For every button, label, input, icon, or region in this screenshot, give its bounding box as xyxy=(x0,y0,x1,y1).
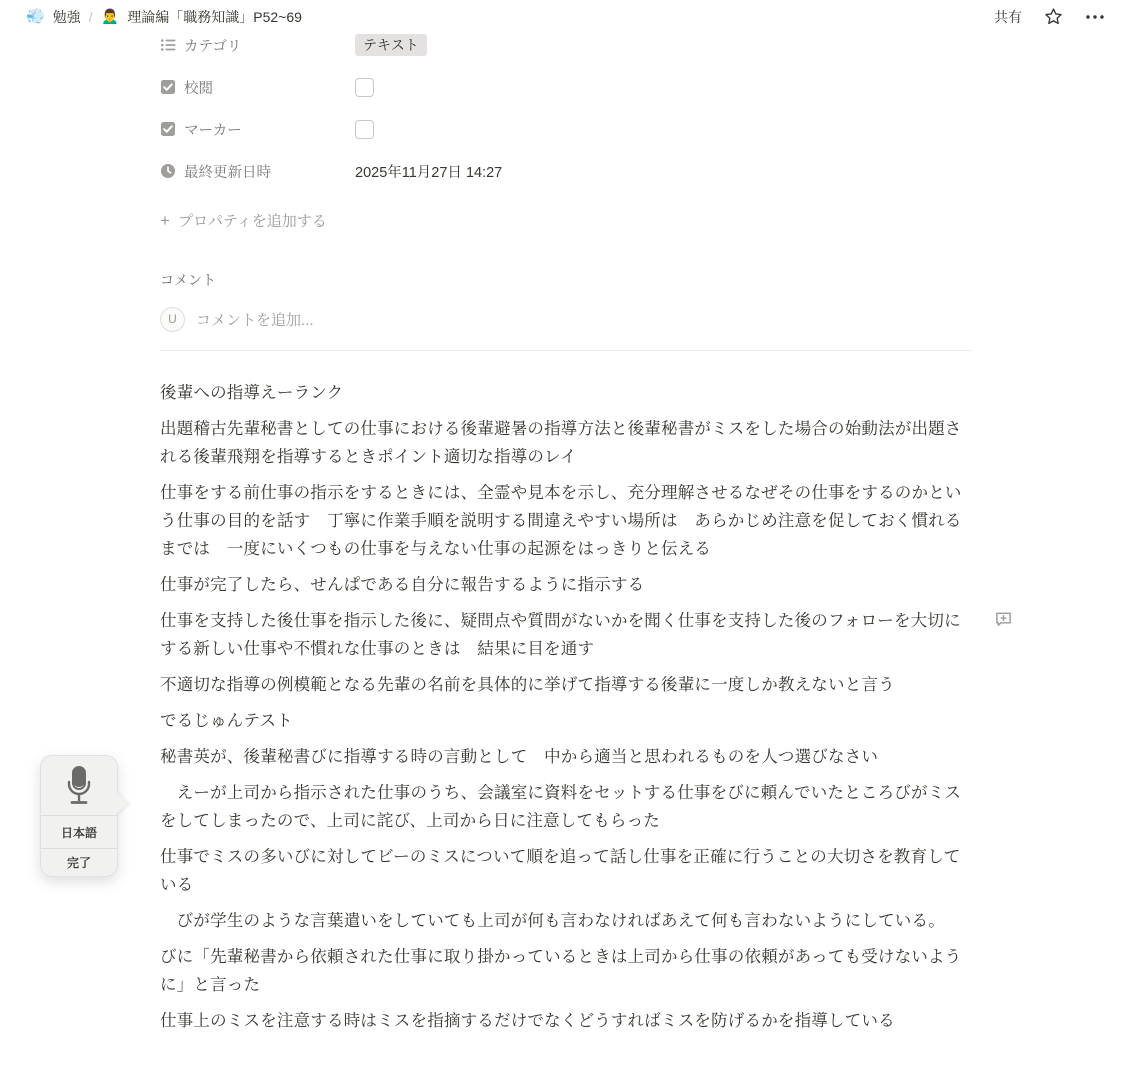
paragraph-block[interactable]: 秘書英が、後輩秘書びに指導する時の言動として 中から適当と思われるものを人つ選び… xyxy=(160,743,973,771)
clock-icon xyxy=(160,163,176,179)
property-value-category[interactable]: テキスト xyxy=(355,34,427,56)
property-label: 校閲 xyxy=(184,77,213,98)
share-button[interactable]: 共有 xyxy=(994,7,1022,27)
property-value-proofread[interactable] xyxy=(355,78,374,97)
dictation-language-button[interactable]: 日本語 xyxy=(41,815,117,848)
paragraph-block[interactable]: 仕事上のミスを注意する時はミスを指摘するだけでなくどうすればミスを防げるかを指導… xyxy=(160,1007,973,1035)
plus-icon: + xyxy=(160,212,170,229)
paragraph-block[interactable]: 出題稽古先輩秘書としての仕事における後輩避暑の指導方法と後輩秘書がミスをした場合… xyxy=(160,415,973,471)
more-options-icon[interactable] xyxy=(1085,14,1105,20)
widget-pointer xyxy=(116,792,129,814)
property-value-marker[interactable] xyxy=(355,120,374,139)
paragraph-block[interactable]: 仕事でミスの多いびに対してビーのミスについて順を追って話し仕事を正確に行うことの… xyxy=(160,843,973,899)
property-row-marker[interactable]: マーカー xyxy=(160,108,973,150)
breadcrumb-separator: / xyxy=(89,9,93,25)
comment-placeholder: コメントを追加... xyxy=(196,309,314,330)
dictation-widget: 日本語 完了 xyxy=(40,755,118,877)
property-row-last-edited[interactable]: 最終更新日時 2025年11月27日 14:27 xyxy=(160,150,973,192)
add-comment-input[interactable]: U コメントを追加... xyxy=(160,305,973,333)
select-list-icon xyxy=(160,37,176,53)
page-emoji-icon: 🙍‍♂️ xyxy=(101,9,120,24)
paragraph-block[interactable]: 仕事をする前仕事の指示をするときには、全霊や見本を示し、充分理解させるなぜその仕… xyxy=(160,479,973,563)
checkbox-property-icon xyxy=(160,79,176,95)
breadcrumb-page-title[interactable]: 理論編「職務知識」P52~69 xyxy=(127,7,302,27)
workspace-emoji-icon: 💨 xyxy=(26,9,45,24)
microphone-icon xyxy=(62,765,96,807)
dictation-mic-area[interactable] xyxy=(41,756,117,815)
paragraph-block[interactable]: 不適切な指導の例模範となる先輩の名前を具体的に挙げて指導する後輩に一度しか教えな… xyxy=(160,671,973,699)
add-property-label: プロパティを追加する xyxy=(178,210,327,231)
property-key-proofread[interactable]: 校閲 xyxy=(160,77,355,98)
checkbox-unchecked[interactable] xyxy=(355,78,374,97)
user-avatar: U xyxy=(160,307,185,332)
paragraph-text: 仕事を支持した後仕事を指示した後に、疑問点や質問がないかを聞く仕事を支持した後の… xyxy=(160,612,961,658)
top-bar: 💨 勉強 / 🙍‍♂️ 理論編「職務知識」P52~69 共有 xyxy=(0,0,1131,33)
body-blocks: 後輩への指導えーランク 出題稽古先輩秘書としての仕事における後輩避暑の指導方法と… xyxy=(160,379,973,1035)
property-list: カテゴリ テキスト 校閲 xyxy=(160,33,973,192)
favorite-star-icon[interactable] xyxy=(1044,7,1063,26)
section-divider xyxy=(160,350,973,351)
checkbox-unchecked[interactable] xyxy=(355,120,374,139)
select-value-chip[interactable]: テキスト xyxy=(355,34,427,56)
property-key-marker[interactable]: マーカー xyxy=(160,119,355,140)
checkbox-property-icon xyxy=(160,121,176,137)
paragraph-block[interactable]: びが学生のような言葉遣いをしていても上司が何も言わなければあえて何も言わないよう… xyxy=(160,907,973,935)
dictation-done-button[interactable]: 完了 xyxy=(41,848,117,876)
property-value-last-edited: 2025年11月27日 14:27 xyxy=(355,161,502,182)
property-label: マーカー xyxy=(184,119,242,140)
paragraph-block[interactable]: びに「先輩秘書から依頼された仕事に取り掛かっているときは上司から仕事の依頼があっ… xyxy=(160,943,973,999)
top-bar-actions: 共有 xyxy=(994,7,1105,27)
notion-page: 💨 勉強 / 🙍‍♂️ 理論編「職務知識」P52~69 共有 xyxy=(0,0,1131,1080)
property-row-category[interactable]: カテゴリ テキスト xyxy=(160,33,973,66)
paragraph-block-with-comment[interactable]: 仕事を支持した後仕事を指示した後に、疑問点や質問がないかを聞く仕事を支持した後の… xyxy=(160,607,973,663)
property-key-category[interactable]: カテゴリ xyxy=(160,35,355,56)
add-comment-bubble-icon[interactable] xyxy=(994,610,1013,638)
breadcrumb-root[interactable]: 勉強 xyxy=(53,7,81,27)
page-content: カテゴリ テキスト 校閲 xyxy=(160,33,973,1043)
paragraph-block[interactable]: 仕事が完了したら、せんぱである自分に報告するように指示する xyxy=(160,571,973,599)
property-label: カテゴリ xyxy=(184,35,241,56)
last-edited-timestamp: 2025年11月27日 14:27 xyxy=(355,161,502,182)
property-label: 最終更新日時 xyxy=(184,161,271,182)
paragraph-block[interactable]: えーが上司から指示された仕事のうち、会議室に資料をセットする仕事をびに頼んでいた… xyxy=(160,779,973,835)
property-key-last-edited[interactable]: 最終更新日時 xyxy=(160,161,355,182)
breadcrumb: 💨 勉強 / 🙍‍♂️ 理論編「職務知識」P52~69 xyxy=(26,7,302,27)
property-row-proofread[interactable]: 校閲 xyxy=(160,66,973,108)
add-property-button[interactable]: + プロパティを追加する xyxy=(160,209,973,231)
paragraph-block[interactable]: 後輩への指導えーランク xyxy=(160,379,973,407)
comments-section-title: コメント xyxy=(160,270,973,290)
paragraph-block[interactable]: でるじゅんテスト xyxy=(160,707,973,735)
